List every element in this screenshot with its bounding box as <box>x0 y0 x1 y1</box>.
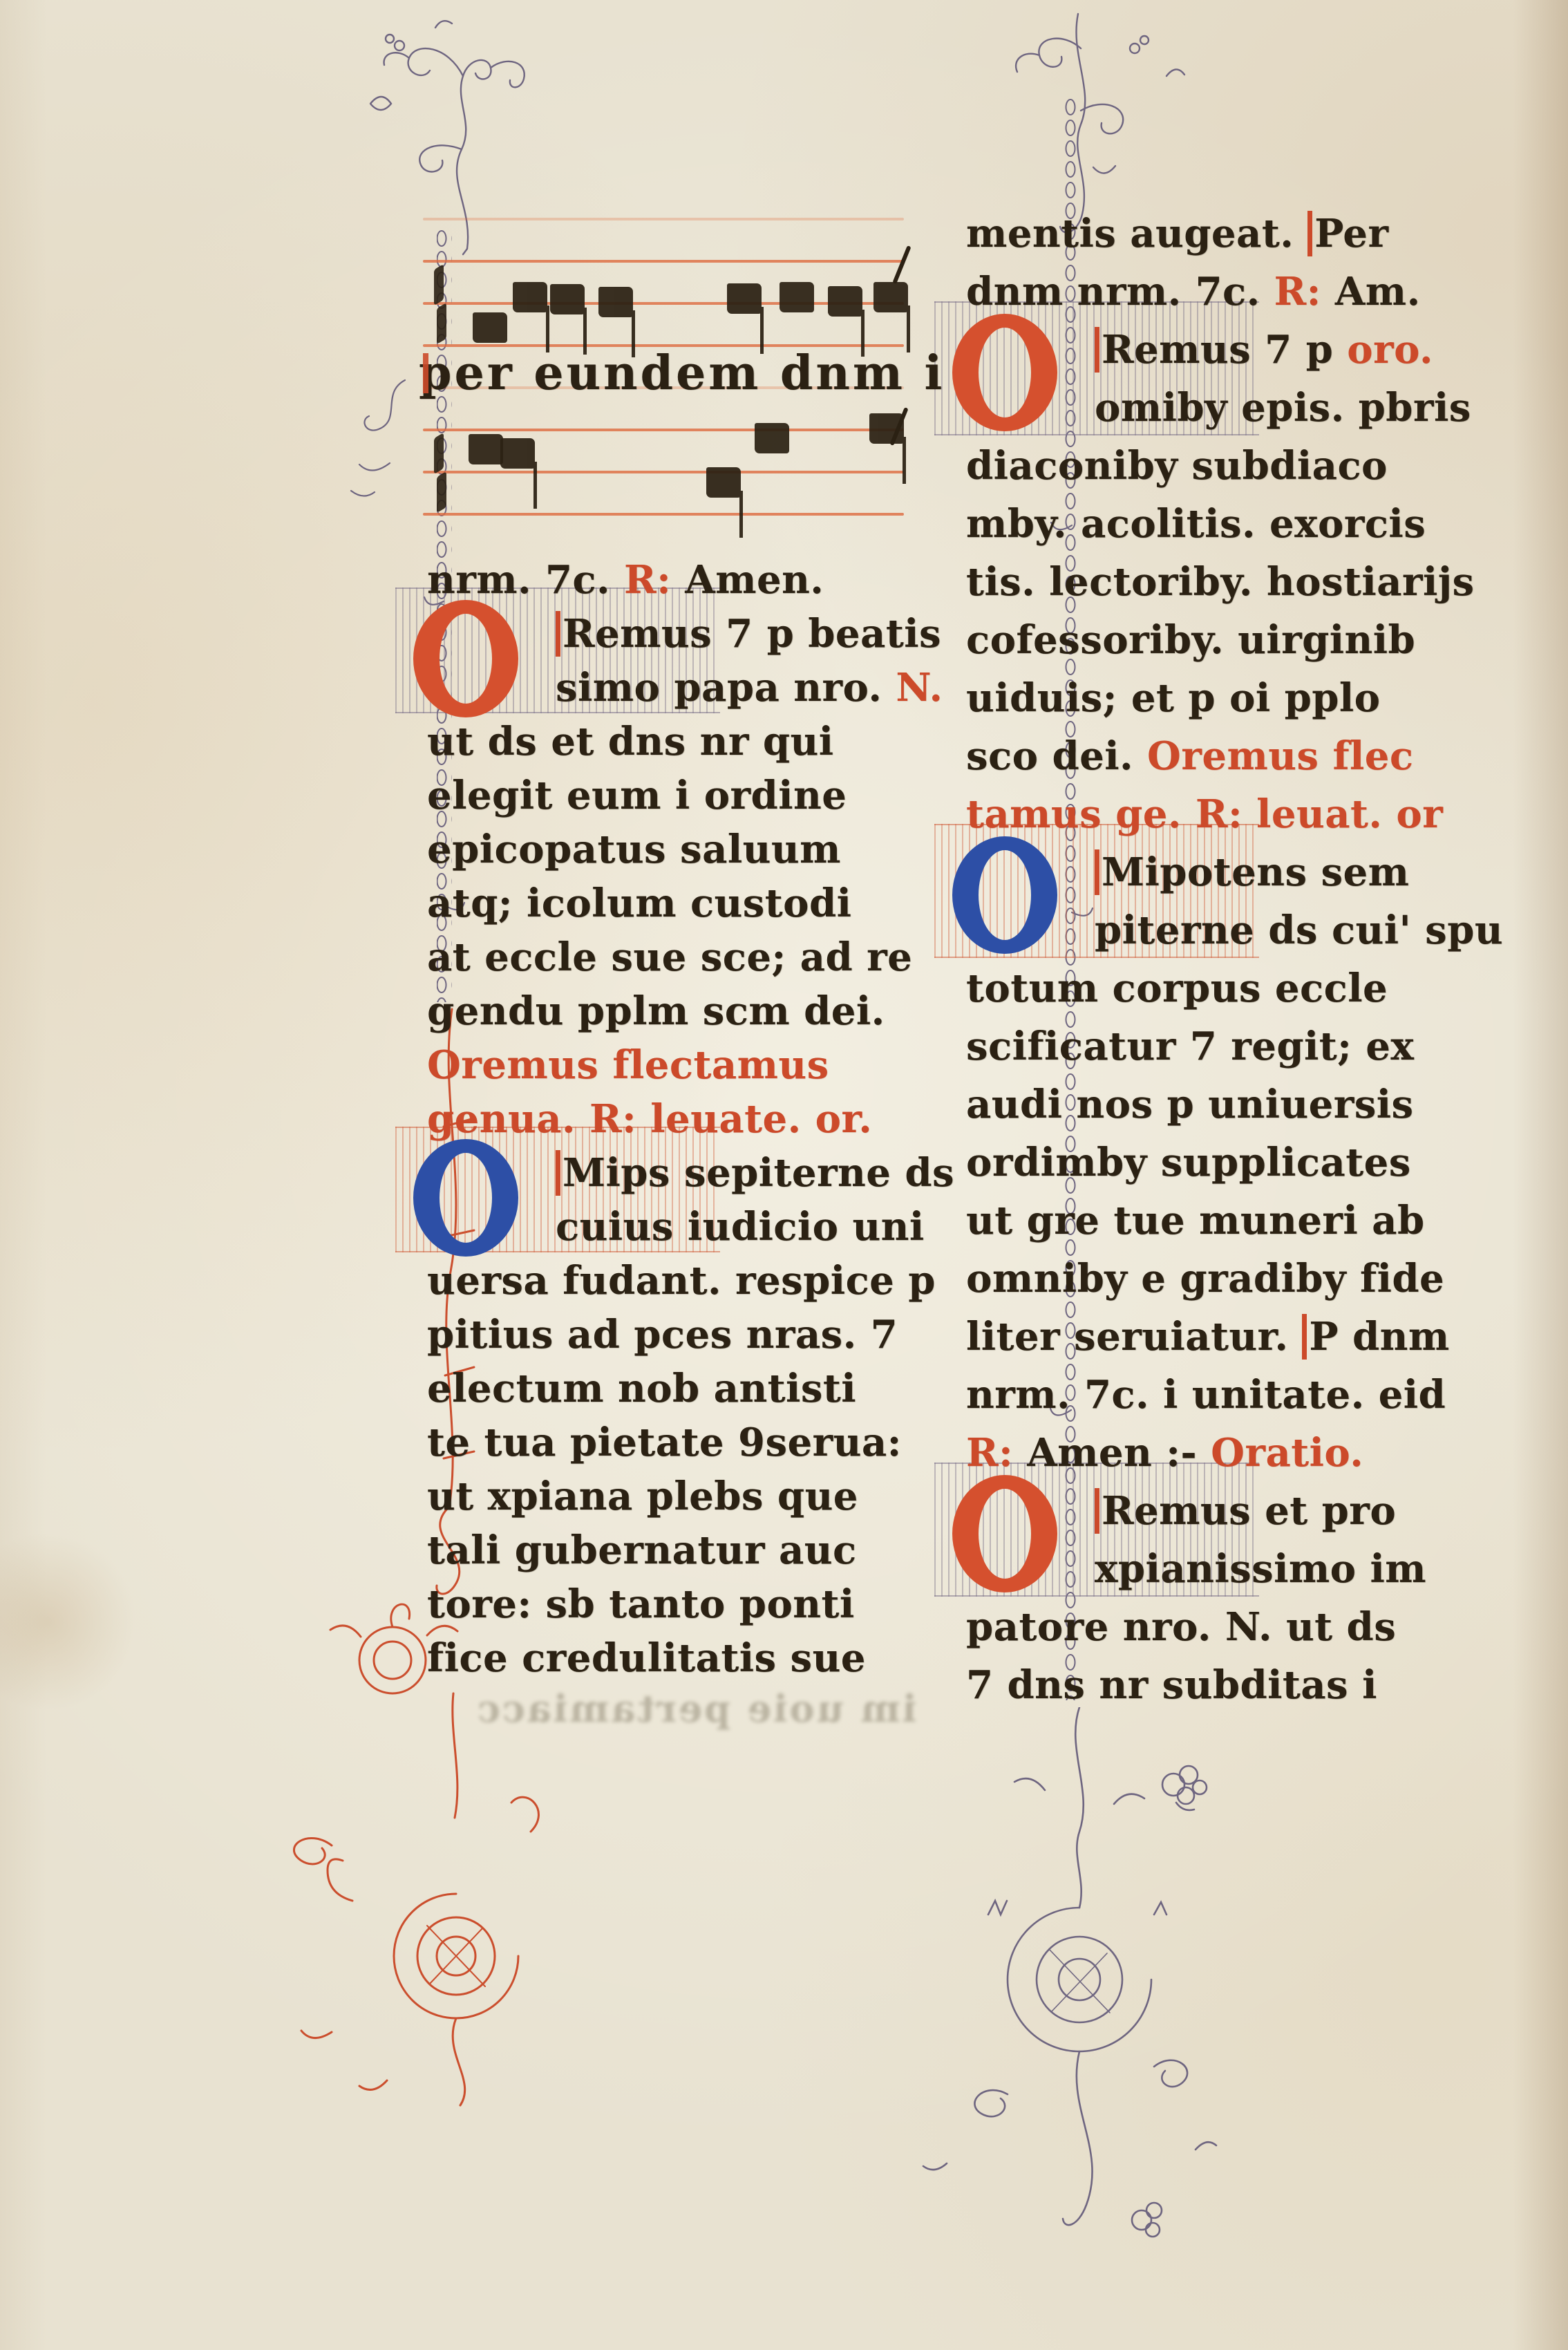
text-line: liter seruiatur. P dnm <box>966 1308 1471 1366</box>
text-line: omiby epis. pbris <box>966 379 1471 437</box>
neume-note <box>706 467 741 498</box>
neume-note <box>727 283 762 314</box>
neume-note <box>873 282 908 312</box>
body-text: Per <box>1307 211 1388 256</box>
text-line: 7 dns nr subditas i <box>966 1656 1471 1714</box>
clef-icon <box>434 433 444 474</box>
body-text: electum nob antisti <box>427 1366 856 1411</box>
text-line: R: Amen :- Oratio. <box>966 1424 1471 1482</box>
text-line: cuius iudicio uni <box>427 1200 911 1254</box>
text-line: omniby e gradiby fide <box>966 1250 1471 1308</box>
clef-icon <box>434 264 444 305</box>
text-column-right: mentis augeat. Perdnm nrm. 7c. R: Am.Rem… <box>966 205 1471 1714</box>
body-text: audi nos p uniuersis <box>966 1082 1414 1127</box>
body-text: mentis augeat. <box>966 211 1307 256</box>
body-text: scificatur 7 regit; ex <box>966 1024 1414 1069</box>
stave-line <box>423 513 904 516</box>
body-text: omiby epis. pbris <box>1095 385 1471 431</box>
stave-line <box>423 429 904 431</box>
text-line: Remus 7 p beatis <box>427 607 911 661</box>
stave-line <box>423 471 904 473</box>
custos-mark <box>892 245 911 284</box>
text-line: Remus et pro <box>966 1482 1471 1540</box>
body-text: Remus et pro <box>1095 1488 1396 1534</box>
body-text: Remus 7 p <box>1095 327 1347 373</box>
stave-line <box>423 260 904 263</box>
body-text: uersa fudant. respice p <box>427 1258 936 1304</box>
body-text: tali gubernatur auc <box>427 1527 857 1573</box>
body-text: piterne ds cui' spu <box>1095 908 1503 953</box>
text-line: tis. lectoriby. hostiarijs <box>966 553 1471 611</box>
body-text: tis. lectoriby. hostiarijs <box>966 559 1475 605</box>
text-line: xpianissimo im <box>966 1540 1471 1598</box>
body-text: gendu pplm scm dei. <box>427 988 885 1034</box>
text-line: mby. acolitis. exorcis <box>966 495 1471 553</box>
text-line: at eccle sue sce; ad re <box>427 930 911 984</box>
body-text: diaconiby subdiaco <box>966 443 1388 489</box>
rubric-text: N. <box>896 665 943 711</box>
neume-note <box>550 284 585 314</box>
text-line: uiduis; et p oi pplo <box>966 669 1471 727</box>
body-text: fice credulitatis sue <box>427 1635 866 1681</box>
body-text: te tua pietate 9serua: <box>427 1420 902 1465</box>
rubric-text: R: <box>624 557 685 603</box>
body-text: atq; icolum custodi <box>427 881 851 926</box>
body-text: ordimby supplicates <box>966 1140 1411 1185</box>
neume-note <box>828 286 862 317</box>
body-text: cofessoriby. uirginib <box>966 617 1415 663</box>
text-line: cofessoriby. uirginib <box>966 611 1471 669</box>
body-text: elegit eum i ordine <box>427 773 847 818</box>
rubric-text: tamus ge. R: leuat. or <box>966 791 1443 837</box>
clef-icon <box>437 471 446 513</box>
text-line: nrm. 7c. i unitate. eid <box>966 1366 1471 1424</box>
text-line: totum corpus eccle <box>966 959 1471 1017</box>
neume-note <box>473 312 507 343</box>
neume-note <box>469 434 503 464</box>
rubric-text: genua. R: leuate. or. <box>427 1096 872 1142</box>
text-line: tali gubernatur auc <box>427 1523 911 1577</box>
body-text: xpianissimo im <box>1095 1546 1426 1592</box>
rubric-text: oro. <box>1347 327 1433 373</box>
rubric-text: Oremus flec <box>1147 733 1414 779</box>
body-text: epicopatus saluum <box>427 827 841 872</box>
penwork-squiggle-left-icon <box>323 359 427 511</box>
text-line: mentis augeat. Per <box>966 205 1471 263</box>
text-column-left: nrm. 7c. R: Amen.Remus 7 p beatissimo pa… <box>427 553 911 1685</box>
body-text: Amen. <box>685 557 824 603</box>
text-line: pitius ad pces nras. 7 <box>427 1308 911 1362</box>
text-line: epicopatus saluum <box>427 822 911 876</box>
body-text: patore nro. N. ut ds <box>966 1604 1396 1650</box>
body-text: Am. <box>1335 269 1421 314</box>
text-line: scificatur 7 regit; ex <box>966 1017 1471 1075</box>
neume-note <box>780 282 814 312</box>
neume-stem <box>533 462 537 509</box>
rubric-text: R: <box>966 1430 1027 1476</box>
body-text: liter seruiatur. <box>966 1314 1302 1360</box>
body-text: totum corpus eccle <box>966 966 1388 1011</box>
body-text: nrm. 7c. <box>427 557 624 603</box>
text-line: te tua pietate 9serua: <box>427 1416 911 1469</box>
body-text: dnm nrm. 7c. <box>966 269 1274 314</box>
body-text: uiduis; et p oi pplo <box>966 675 1381 721</box>
neume-stem <box>903 437 906 484</box>
text-line: piterne ds cui' spu <box>966 901 1471 959</box>
body-text: omniby e gradiby fide <box>966 1256 1444 1301</box>
text-line: Mips sepiterne ds <box>427 1146 911 1200</box>
text-line: gendu pplm scm dei. <box>427 984 911 1038</box>
body-text: pitius ad pces nras. 7 <box>427 1312 898 1357</box>
text-line: tamus ge. R: leuat. or <box>966 785 1471 843</box>
text-line: fice credulitatis sue <box>427 1631 911 1685</box>
body-text: tore: sb tanto ponti <box>427 1581 855 1627</box>
body-text: P dnm <box>1302 1314 1449 1360</box>
text-line: ut ds et dns nr qui <box>427 715 911 769</box>
text-line: genua. R: leuate. or. <box>427 1092 911 1146</box>
neume-note <box>598 287 633 317</box>
body-text: 7 dns nr subditas i <box>966 1662 1377 1708</box>
body-text: Mips sepiterne ds <box>556 1150 954 1196</box>
body-text: nrm. 7c. i unitate. eid <box>966 1372 1446 1418</box>
body-text: Amen :- <box>1027 1430 1211 1476</box>
stave-line <box>423 218 904 220</box>
text-line: nrm. 7c. R: Amen. <box>427 553 911 607</box>
body-text: simo papa nro. <box>556 665 896 711</box>
text-line: electum nob antisti <box>427 1362 911 1416</box>
penwork-flourish-bottom-middle-icon <box>864 1707 1237 2281</box>
text-line: simo papa nro. N. <box>427 661 911 715</box>
rubric-text: R: <box>1274 269 1335 314</box>
text-line: elegit eum i ordine <box>427 769 911 822</box>
text-line: audi nos p uniuersis <box>966 1075 1471 1134</box>
body-text: sco dei. <box>966 733 1147 779</box>
body-text: Mipotens sem <box>1095 849 1409 895</box>
rubric-text: Oremus flectamus <box>427 1042 829 1088</box>
body-text: cuius iudicio uni <box>556 1204 925 1250</box>
text-line: Mipotens sem <box>966 843 1471 901</box>
text-line: dnm nrm. 7c. R: Am. <box>966 263 1471 321</box>
neume-note <box>500 438 535 469</box>
bleedthrough-text: im uoie pertamiacc <box>475 1686 916 1731</box>
text-line: ut xpiana plebs que <box>427 1469 911 1523</box>
manuscript-page: per eundem dnm i nrm. 7c. R: Amen.Remus … <box>0 0 1568 2350</box>
text-line: patore nro. N. ut ds <box>966 1598 1471 1656</box>
text-line: atq; icolum custodi <box>427 876 911 930</box>
body-text: at eccle sue sce; ad re <box>427 934 912 980</box>
clef-icon <box>437 303 446 344</box>
text-line: Remus 7 p oro. <box>966 321 1471 379</box>
body-text: ut xpiana plebs que <box>427 1474 858 1519</box>
text-line: ut gre tue muneri ab <box>966 1192 1471 1250</box>
text-line: tore: sb tanto ponti <box>427 1577 911 1631</box>
neume-note <box>755 423 789 453</box>
text-line: diaconiby subdiaco <box>966 437 1471 495</box>
neume-stem <box>739 491 743 538</box>
body-text: ut ds et dns nr qui <box>427 719 834 764</box>
text-line: sco dei. Oremus flec <box>966 727 1471 785</box>
text-line: uersa fudant. respice p <box>427 1254 911 1308</box>
body-text: mby. acolitis. exorcis <box>966 501 1426 547</box>
body-text: Remus 7 p beatis <box>556 611 941 657</box>
text-line: ordimby supplicates <box>966 1134 1471 1192</box>
chant-text-line: per eundem dnm i <box>423 346 945 401</box>
body-text: ut gre tue muneri ab <box>966 1198 1425 1243</box>
text-line: Oremus flectamus <box>427 1038 911 1092</box>
rubric-text: Oratio. <box>1211 1430 1363 1476</box>
neume-note <box>513 282 547 312</box>
